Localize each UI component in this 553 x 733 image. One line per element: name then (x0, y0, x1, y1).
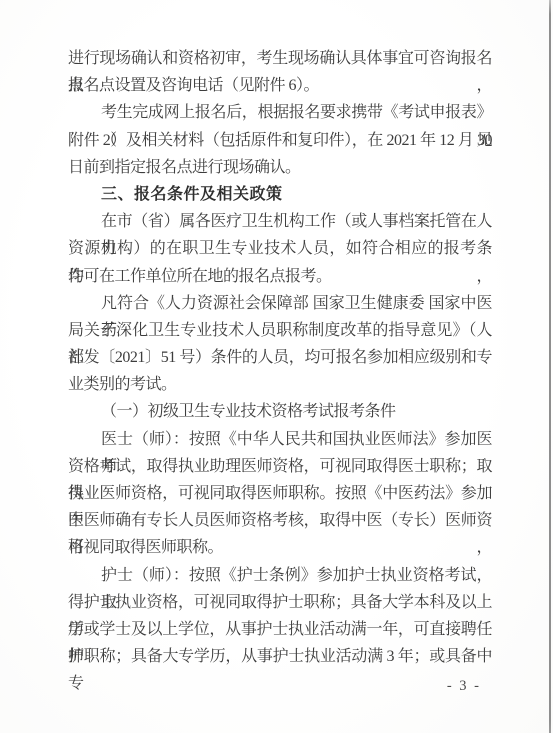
document-line: 局关于深化卫生专业技术人员职称制度改革的指导意见》（人社 (68, 317, 492, 344)
document-line: （一）初级卫生专业技术资格考试报考条件 (68, 398, 492, 425)
document-line: 在市（省）属各医疗卫生机构工作（或人事档案托管在人力 (68, 208, 492, 235)
document-line: 医士（师）：按照《中华人民共和国执业医师法》参加医师 (68, 426, 492, 453)
document-line: 凡符合《人力资源社会保障部 国家卫生健康委 国家中医药 (68, 290, 492, 317)
document-line: 医医师确有专长人员医师资格考核，取得中医（专长）医师资格， (68, 507, 492, 534)
document-line: 历或学士及以上学位，从事护士执业活动满一年，可直接聘任护 (68, 616, 492, 643)
document-line: 进行现场确认和资格初审，考生现场确认具体事宜可咨询报名点， (68, 45, 492, 72)
document-body: 进行现场确认和资格初审，考生现场确认具体事宜可咨询报名点，报名点设置及咨询电话（… (68, 45, 492, 670)
document-line: 部发〔2021〕51 号）条件的人员，均可报名参加相应级别和专 (68, 344, 492, 371)
page-number: - 3 - (447, 676, 481, 696)
document-line: 护士（师）：按照《护士条例》参加护士执业资格考试，取 (68, 562, 492, 589)
document-line: 考生完成网上报名后，根据报名要求携带《考试申报表》（见 (68, 99, 492, 126)
document-line: 资格考试，取得执业助理医师资格，可视同取得医士职称；取得 (68, 453, 492, 480)
document-line: 日前到指定报名点进行现场确认。 (68, 154, 492, 181)
scan-edge-line (549, 0, 551, 733)
document-line: 附件 2）及相关材料（包括原件和复印件），在 2021 年 12 月 30 (68, 127, 492, 154)
document-line: 业类别的考试。 (68, 371, 492, 398)
document-line: 资源机构）的在职卫生专业技术人员，如符合相应的报考条件， (68, 235, 492, 262)
document-line: 师职称；具备大专学历，从事护士执业活动满 3 年；或具备中专 (68, 643, 492, 670)
section-heading: 三、报名条件及相关政策 (68, 181, 492, 208)
document-line: 得护士执业资格，可视同取得护士职称；具备大学本科及以上学 (68, 589, 492, 616)
document-line: 执业医师资格，可视同取得医师职称。按照《中医药法》参加中 (68, 480, 492, 507)
document-page: 进行现场确认和资格初审，考生现场确认具体事宜可咨询报名点，报名点设置及咨询电话（… (0, 0, 553, 733)
